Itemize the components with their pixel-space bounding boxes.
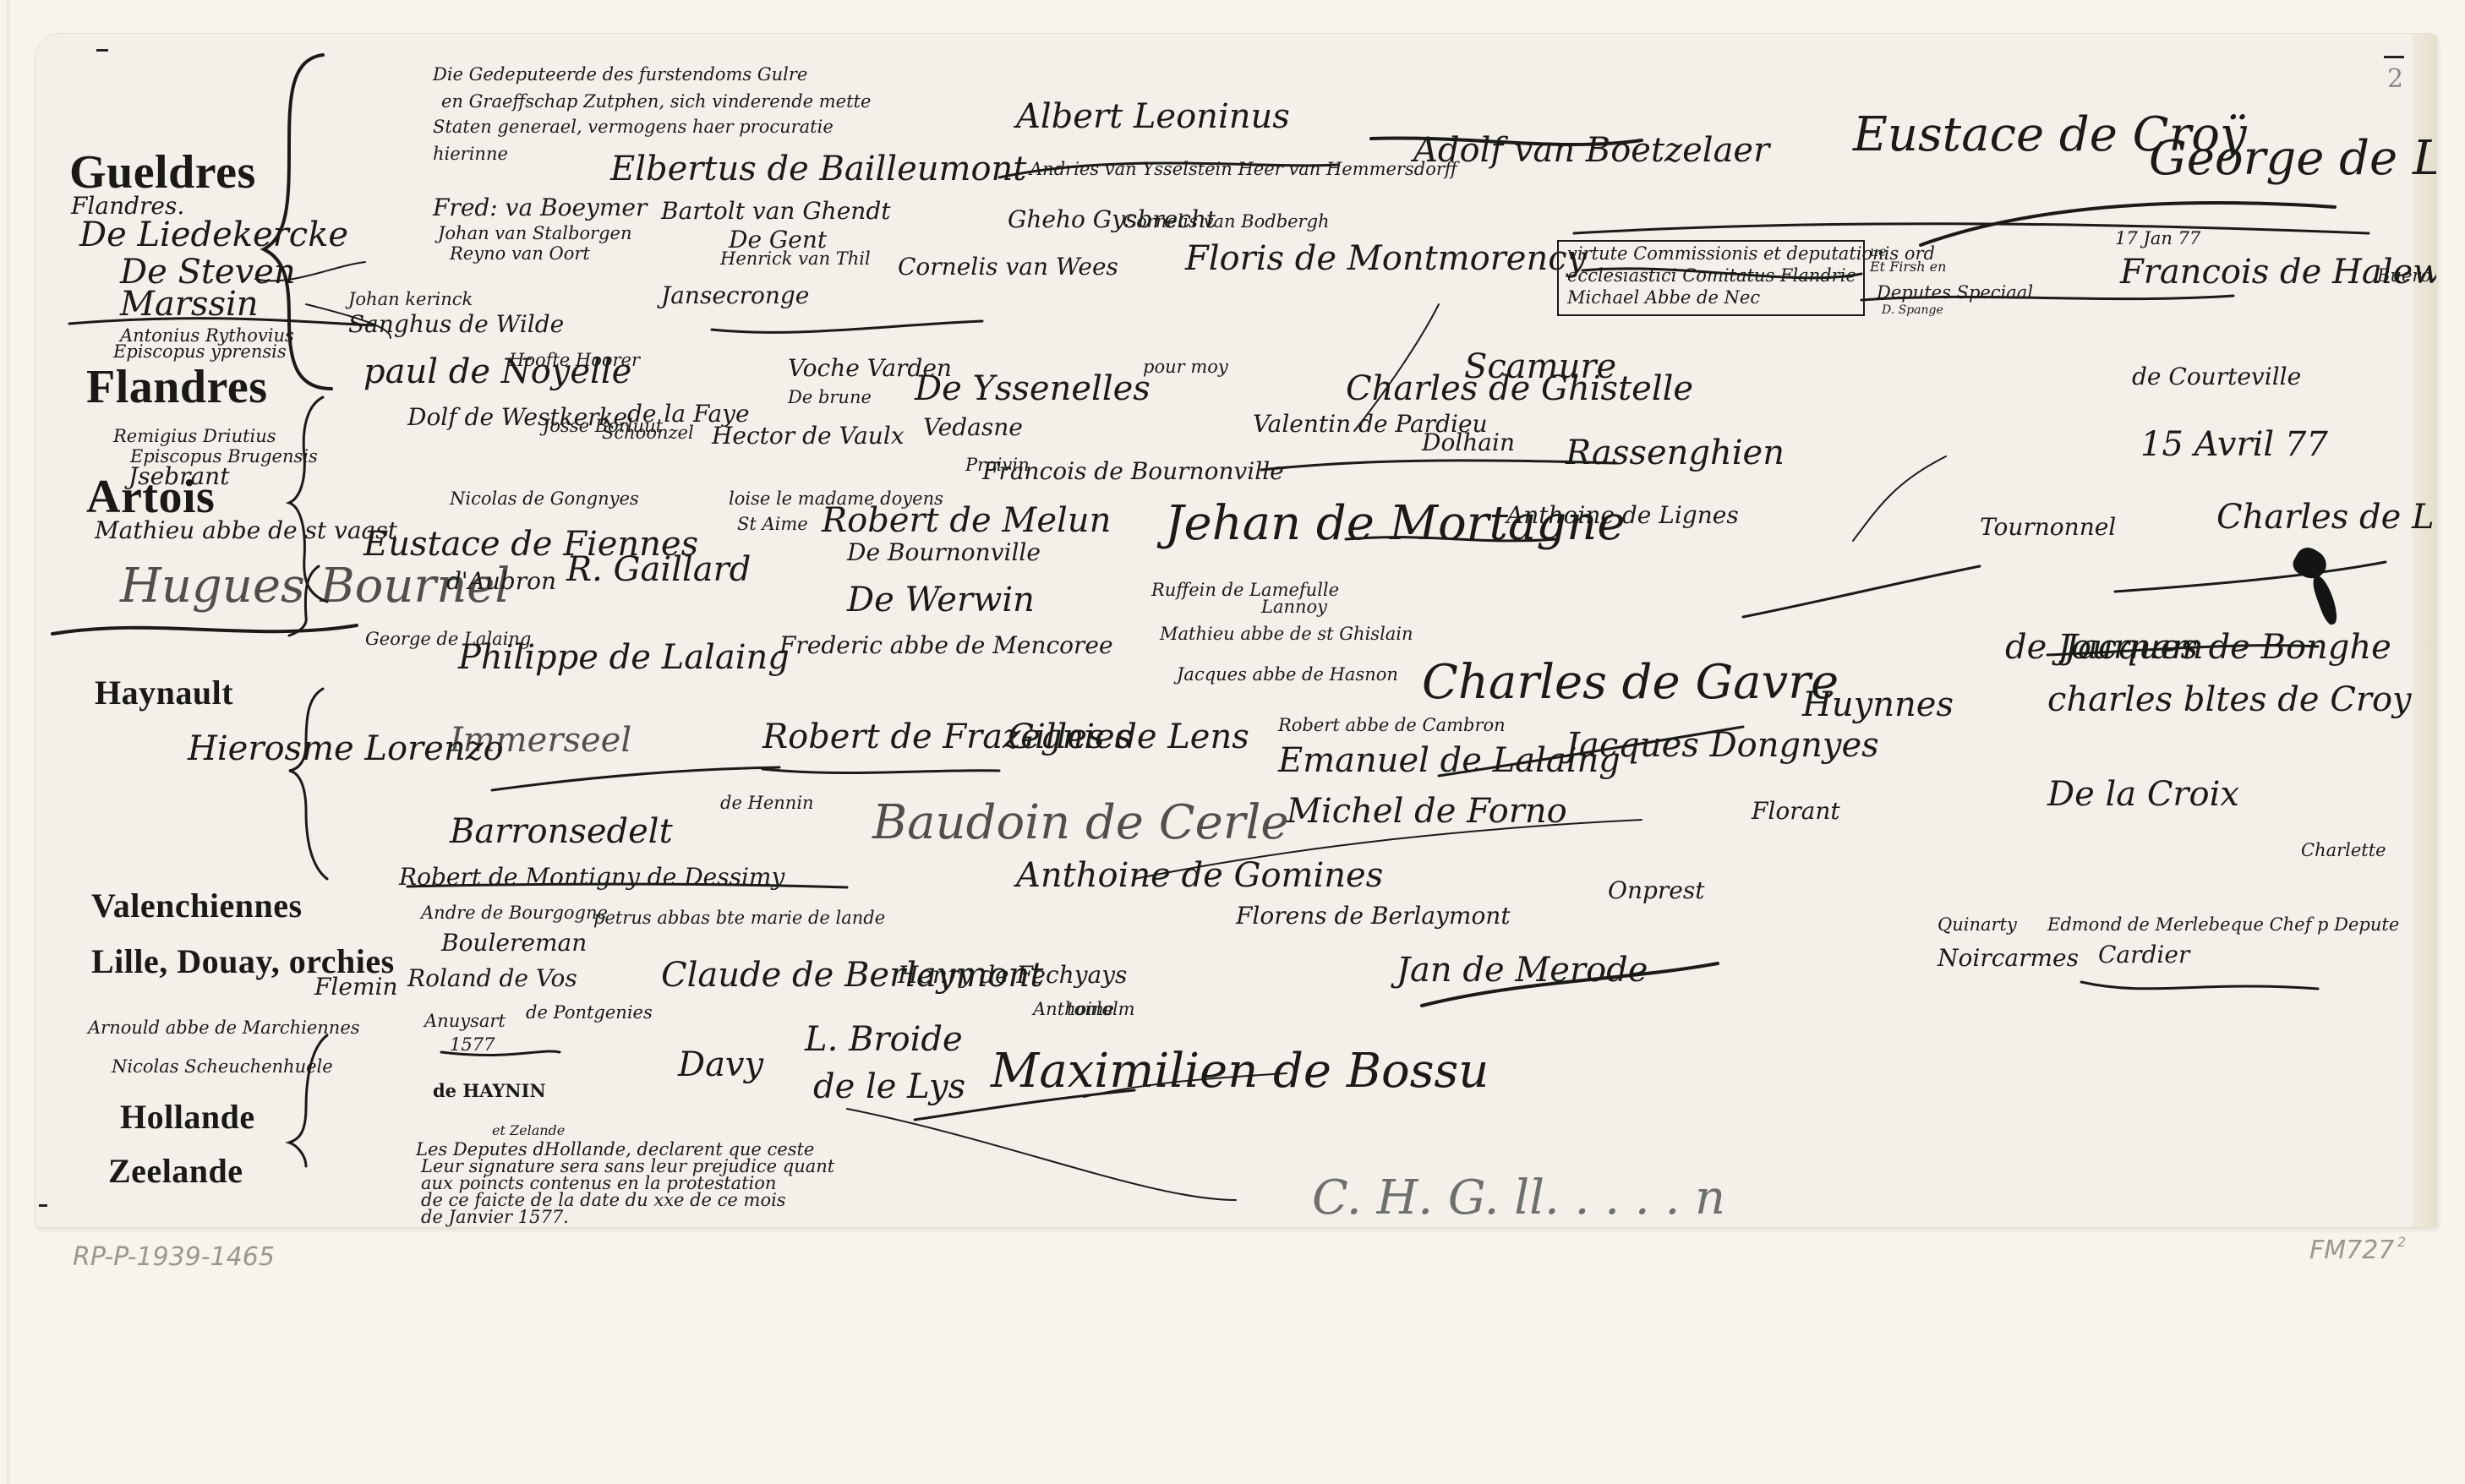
signature: Cornelis van Bodbergh xyxy=(1123,213,1330,231)
signature: Florens de Berlaymont xyxy=(1236,904,1511,928)
signature: Anuysart xyxy=(424,1012,506,1030)
signature: Mathieu abbe de st Ghislain xyxy=(1160,625,1413,643)
signature: Cornelis van Wees xyxy=(898,255,1118,279)
faded-signature: C. H. G. ll. . . . . n xyxy=(1312,1175,1725,1222)
signature: Flemin xyxy=(314,975,398,999)
signature: Hoofte Hoorer xyxy=(509,352,640,369)
signature: R. Gaillard xyxy=(566,553,751,587)
signature: George de Ligne xyxy=(2149,135,2436,183)
signature: Jsebrant xyxy=(128,465,229,488)
signature: De Yssenelles xyxy=(915,372,1151,406)
signature: Florant xyxy=(1752,799,1840,823)
document-sheet: 2 xyxy=(36,34,2436,1227)
signature: De Bournonville xyxy=(847,541,1041,565)
signature: De Steven xyxy=(120,255,296,289)
signature: Floris de Montmorency xyxy=(1185,242,1586,276)
signature: Edmond de Merlebeque Chef p Depute xyxy=(2047,916,2399,934)
signature: Jansecronge xyxy=(661,284,809,308)
signature: Immerseel xyxy=(450,723,631,757)
signature: et Zelande xyxy=(492,1124,565,1138)
signature: d'Aubron xyxy=(446,570,556,593)
signature: Jacques abbe de Hasnon xyxy=(1177,666,1398,684)
signature: Quinarty xyxy=(1938,916,2017,934)
signature: De Liedekercke xyxy=(79,218,348,252)
signature: Charles de Gavre xyxy=(1422,659,1839,707)
signature: Et Firsh en xyxy=(1870,260,1946,274)
signature: Cardier xyxy=(2098,943,2189,967)
signature: Baudoin de Cerle xyxy=(872,799,1289,847)
inventory-number: RP-P-1939-1465 xyxy=(73,1242,275,1272)
mount-edge xyxy=(7,0,10,1484)
signature: 15 Avril 77 xyxy=(2140,428,2328,461)
signature: Schoonzel xyxy=(602,424,694,442)
header-line: Staten generael, vermogens haer procurat… xyxy=(433,118,834,136)
signature: Philippe de Lalaing xyxy=(458,641,790,674)
signature: Reyno van Oort xyxy=(450,245,590,263)
signature: Charles de Lignes xyxy=(2216,500,2436,534)
signature: Henrick van Thil xyxy=(720,250,871,268)
signature: de le Lys xyxy=(813,1070,965,1104)
header-line: en Graeffschap Zutphen, sich vinderende … xyxy=(441,93,871,111)
signature: Mathieu abbe de st vaast xyxy=(95,519,397,543)
signature: Andries van Ysselstein Heer van Hemmersd… xyxy=(1030,161,1457,178)
signature: Buero hylla Avos dy pre xyxy=(2377,267,2436,285)
signature: Francois de Bournonville xyxy=(982,460,1284,483)
signature: Boulereman xyxy=(441,931,587,955)
signature: Nicolas de Gongnyes xyxy=(450,490,639,508)
signature: Jan de Merode xyxy=(1396,953,1648,987)
region-zeelande: Zeelande xyxy=(108,1154,243,1188)
signature: Anthoine de Lignes xyxy=(1506,504,1739,527)
signature: Fred: va Boeymer xyxy=(433,196,647,220)
signature: Roland de Vos xyxy=(407,967,577,990)
region-flandres: Flandres xyxy=(86,363,268,411)
signature: Johan van Stalborgen xyxy=(438,225,631,243)
signature: Scamure xyxy=(1464,350,1616,384)
signature: De brune xyxy=(788,389,872,406)
signature: Dolhain xyxy=(1422,431,1515,455)
region-valenchiennes: Valenchiennes xyxy=(91,889,303,923)
header-line: hierinne xyxy=(433,145,508,163)
signature: Bartolt van Ghendt xyxy=(661,199,891,223)
signature: Barronsedelt xyxy=(450,815,673,848)
catalogue-number: FM727 xyxy=(2309,1236,2394,1265)
signature: Tournonnel xyxy=(1980,516,2116,539)
header-line: Die Gedeputeerde des furstendoms Gulre xyxy=(433,66,807,84)
signature: Jacques de Bonghe xyxy=(2064,630,2391,664)
signature: tonlolm xyxy=(1067,1001,1135,1018)
signature: Flandres. xyxy=(71,194,184,218)
region-gueldres: Gueldres xyxy=(69,149,256,196)
region-hollande: Hollande xyxy=(120,1100,255,1134)
catalogue-superscript: 2 xyxy=(2397,1234,2406,1250)
signature: pour moy xyxy=(1143,358,1228,376)
box-note-line: Michael Abbe de Nec xyxy=(1567,289,1760,307)
region-haynault: Haynault xyxy=(95,676,233,710)
signature: Robert de Montigny de Dessimy xyxy=(399,865,784,889)
signature: Nicolas Scheuchenhuele xyxy=(112,1058,333,1076)
signature: 1577 xyxy=(450,1036,495,1054)
signature: L. Broide xyxy=(805,1023,963,1056)
signature: De Werwin xyxy=(847,583,1035,617)
signature: Maximilien de Bossu xyxy=(991,1048,1489,1095)
signature: Noircarmes xyxy=(1938,947,2079,970)
signature: De la Croix xyxy=(2047,777,2239,811)
signature: de Hennin xyxy=(720,794,814,812)
signature: Episcopus yprensis xyxy=(113,343,287,361)
signature: ue xyxy=(1870,245,1887,259)
signature: petrus abbas bte marie de lande xyxy=(593,909,885,927)
signature: Jacques Dongnyes xyxy=(1566,728,1879,762)
signature: Michel de Forno xyxy=(1287,794,1567,828)
signature: Lannoy xyxy=(1261,598,1327,616)
signature: Hector de Vaulx xyxy=(712,424,905,448)
holland-note-line: de Janvier 1577. xyxy=(421,1208,569,1226)
signature: charles bltes de Croy xyxy=(2047,683,2412,717)
signature: Remigius Driutius xyxy=(113,428,276,445)
signature: Charlette xyxy=(2301,842,2386,859)
signature: Sanghus de Wilde xyxy=(348,313,564,336)
signature: Robert abbe de Cambron xyxy=(1278,717,1506,734)
signature: Henry de Fechyays xyxy=(898,963,1127,987)
signature: Frederic abbe de Mencoree xyxy=(779,634,1113,657)
signature: Robert de Melun xyxy=(822,504,1111,537)
signature: Deputes Speciaal xyxy=(1877,284,2033,302)
signature: Andre de Bourgogne xyxy=(421,904,608,922)
signature: D. Spange xyxy=(1882,304,1943,316)
signature: Johan kerinck xyxy=(348,291,473,308)
signature: Arnould abbe de Marchiennes xyxy=(88,1019,360,1037)
signature: Vedasne xyxy=(923,416,1023,439)
signature: Albert Leoninus xyxy=(1016,100,1290,134)
signature: Gilles de Lens xyxy=(1008,720,1249,754)
signature: Marssin xyxy=(120,287,259,321)
signature: Rassenghien xyxy=(1566,436,1785,470)
signature: de Pontgenies xyxy=(526,1004,653,1022)
signature: Elbertus de Bailleumont xyxy=(610,152,1026,186)
signature: St Aime xyxy=(737,516,808,533)
signature: de HAYNIN xyxy=(433,1082,546,1099)
signature: Onprest xyxy=(1608,879,1705,903)
signature: 17 Jan 77 xyxy=(2115,230,2200,248)
signature: Anthoine de Gomines xyxy=(1016,859,1383,892)
signature: Adolf van Boetzelaer xyxy=(1413,134,1769,167)
signature: Huynnes xyxy=(1802,688,1954,722)
box-note-line: ecclesiastici Comitatus Flandrie xyxy=(1567,267,1856,285)
signature: de Courteville xyxy=(2132,365,2301,389)
signature: Davy xyxy=(678,1048,763,1082)
